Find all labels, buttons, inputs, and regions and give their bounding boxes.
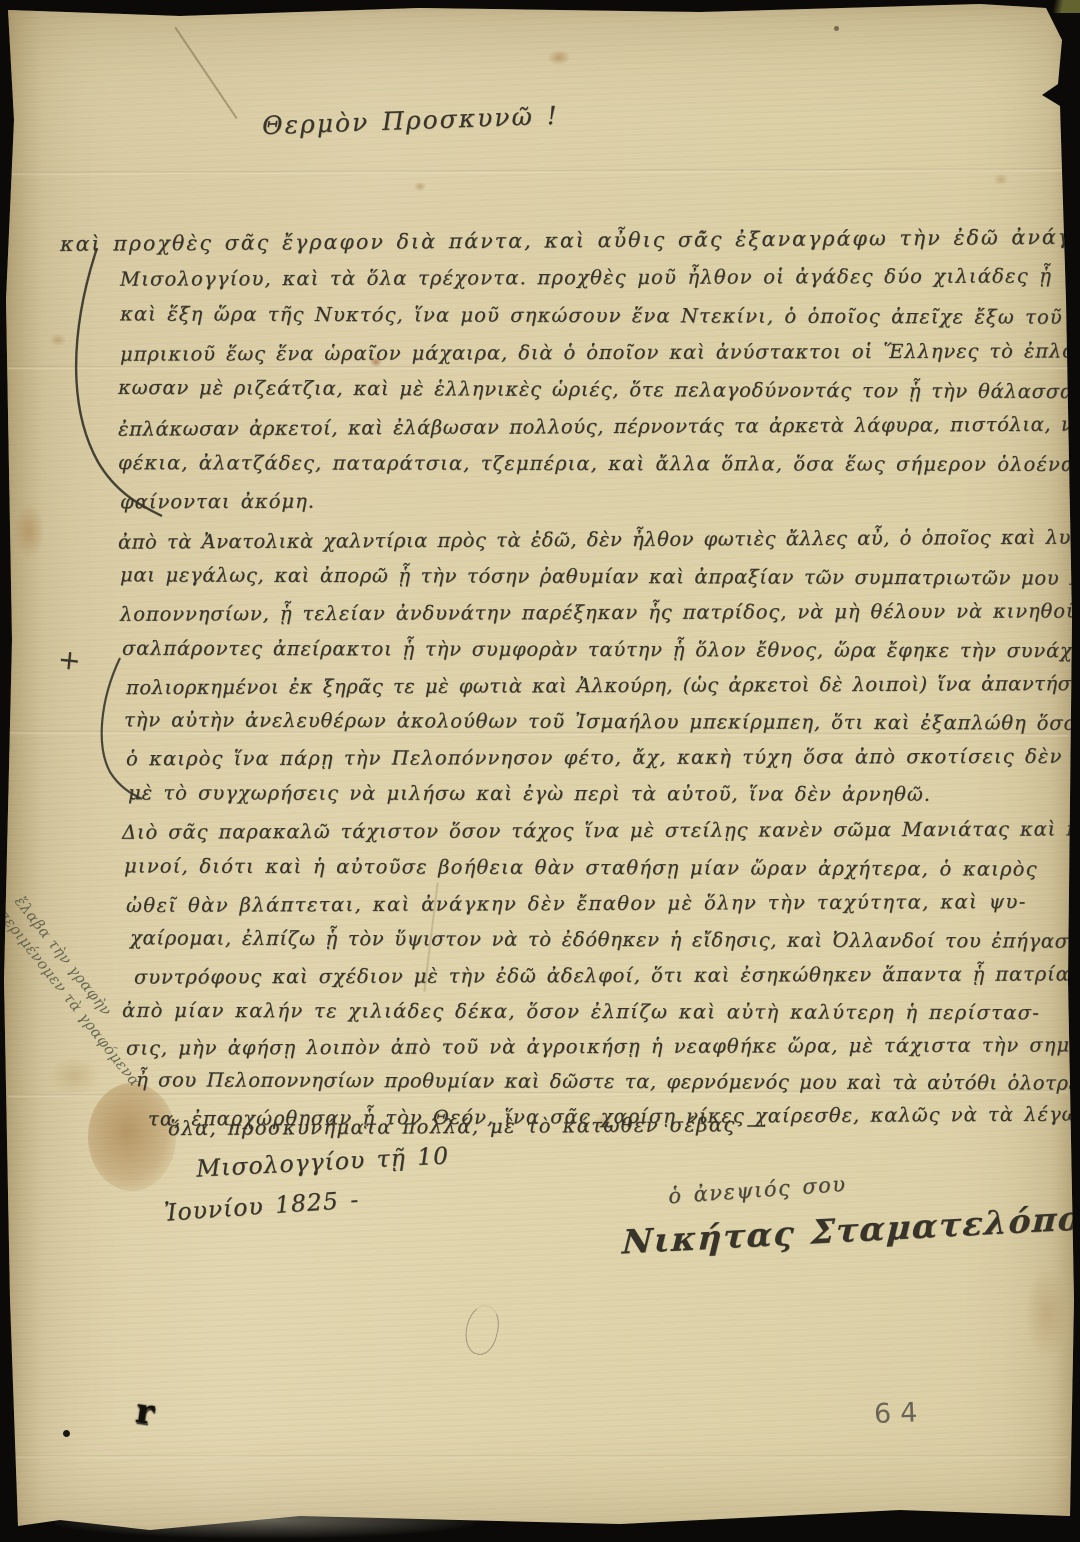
stain xyxy=(88,1083,176,1191)
body-line: Διὸ σᾶς παρακαλῶ τάχιστον ὅσον τάχος ἵνα… xyxy=(122,817,1080,843)
scan-background: Θερμὸν Προσκυνῶ ! + ἔλαβα τὴν γραφὴν περ… xyxy=(0,0,1080,1542)
body-line: σις, μὴν ἀφήσῃ λοιπὸν ἀπὸ τοῦ νὰ ἀγροική… xyxy=(126,1033,1078,1059)
letter-paper: Θερμὸν Προσκυνῶ ! + ἔλαβα τὴν γραφὴν περ… xyxy=(0,0,1080,1542)
ink-blot-mark: r xyxy=(133,1391,156,1433)
body-line: ὁ καιρὸς ἵνα πάρῃ τὴν Πελοπόννησον φέτο,… xyxy=(126,745,1062,770)
ink-speck xyxy=(63,1430,70,1437)
body-line: πολιορκημένοι ἐκ ξηρᾶς τε μὲ φωτιὰ καὶ Ἀ… xyxy=(126,672,1080,699)
body-line: ἦ σου Πελοποννησίων προθυμίαν καὶ δῶστε … xyxy=(136,1068,1080,1094)
body-line: μὲ τὸ συγχωρήσεις νὰ μιλήσω καὶ ἐγὼ περὶ… xyxy=(128,781,931,805)
body-line: λοποννησίων, ᾗ τελείαν ἀνδυνάτην παρέξηκ… xyxy=(120,599,1080,625)
body-line: Μισολογγίου, καὶ τὰ ὅλα τρέχοντα. προχθὲ… xyxy=(120,264,1052,290)
ink-speck xyxy=(834,26,839,31)
margin-plus-mark: + xyxy=(56,644,82,677)
body-line: τὴν αὐτὴν ἀνελευθέρων ἀκολούθων τοῦ Ἰσμα… xyxy=(124,708,1080,734)
body-line: ἐπλάκωσαν ἀρκετοί, καὶ ἐλάβωσαν πολλούς,… xyxy=(118,412,1080,440)
body-line: ὠθεῖ θὰν βλάπτεται, καὶ ἀνάγκην δὲν ἔπαθ… xyxy=(126,890,1027,917)
body-line: μπρικιοῦ ἕως ἕνα ὡραῖον μάχαιρα, διὰ ὁ ὁ… xyxy=(120,339,1080,365)
dateline-date: Ἰουνίου 1825 - xyxy=(163,1185,360,1227)
letter-salutation: Θερμὸν Προσκυνῶ ! xyxy=(262,101,560,140)
stain xyxy=(548,50,570,65)
body-line: σαλπάροντες ἀπείρακτοι ᾗ τὴν συμφορὰν τα… xyxy=(122,637,1080,663)
body-line: φαίνονται ἀκόμη. xyxy=(120,490,315,514)
stain xyxy=(414,182,426,191)
body-line: ἀπὸ μίαν καλήν τε χιλιάδες δέκα, ὅσον ἐλ… xyxy=(122,999,1040,1024)
body-line: συντρόφους καὶ σχέδιον μὲ τὴν ἐδῶ ἀδελφο… xyxy=(134,962,1080,988)
stain xyxy=(1026,1270,1068,1356)
body-line: κωσαν μὲ ριζεάτζια, καὶ μὲ ἑλληνικὲς ὡρι… xyxy=(118,376,1080,403)
body-line: καὶ ἕξη ὥρα τῆς Νυκτός, ἵνα μοῦ σηκώσουν… xyxy=(120,302,1063,328)
pencil-page-number: 64 xyxy=(873,1397,926,1430)
body-line: χαίρομαι, ἐλπίζω ᾗ τὸν ὕψιστον νὰ τὸ ἐδό… xyxy=(130,926,1080,952)
body-line: καὶ προχθὲς σᾶς ἔγραφον διὰ πάντα, καὶ α… xyxy=(60,224,1080,256)
body-line: ὅλα, προσκυνήματα πολλά, μὲ τὸ κάτωθεν σ… xyxy=(168,1113,767,1140)
body-line: φέκια, ἀλατζάδες, παταράτσια, τζεμπέρια,… xyxy=(118,451,1075,476)
stain xyxy=(48,1056,100,1096)
body-line: ἀπὸ τὰ Ἀνατολικὰ χαλντίρια πρὸς τὰ ἐδῶ, … xyxy=(118,525,1080,553)
crease-line xyxy=(8,1455,1068,1459)
dateline-place: Μισολογγίου τῇ 10 xyxy=(195,1141,449,1182)
body-line: μινοί, διότι καὶ ἡ αὐτοῦσε βοήθεια θὰν σ… xyxy=(124,854,1038,880)
valediction: ὁ ἀνεψιός σου xyxy=(667,1172,847,1208)
pencil-loop-mark xyxy=(460,1302,503,1358)
body-line: μαι μεγάλως, καὶ ἀπορῶ ᾗ τὴν τόσην ῥαθυμ… xyxy=(120,563,1080,589)
stain xyxy=(994,174,1008,185)
